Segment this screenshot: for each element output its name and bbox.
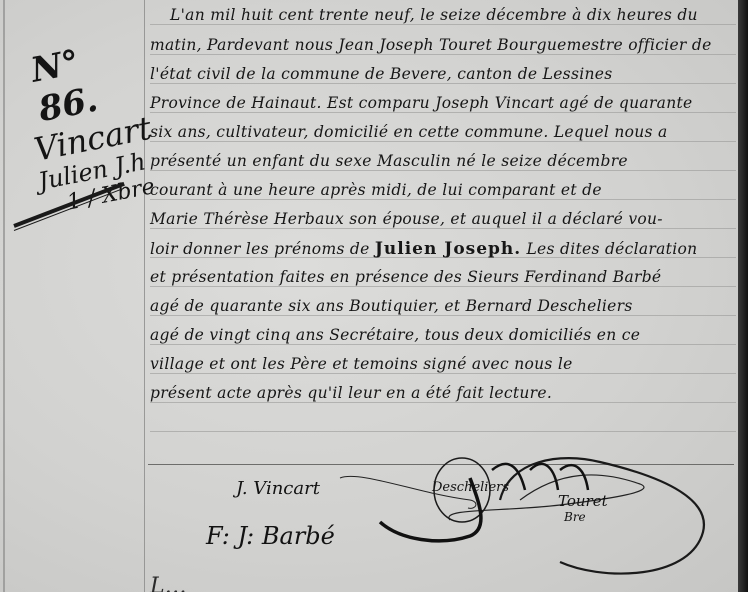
ruled-line: [150, 112, 736, 113]
child-name: Julien Joseph.: [375, 239, 521, 259]
body-line: Province de Hainaut. Est comparu Joseph …: [150, 94, 693, 112]
body-line: loir donner les prénoms de Julien Joseph…: [150, 239, 697, 259]
ruled-line: [150, 83, 736, 84]
signature-father: J. Vincart: [236, 478, 320, 499]
body-line: six ans, cultivateur, domicilié en cette…: [150, 123, 668, 141]
body-line: courant à une heure après midi, de lui c…: [150, 181, 602, 199]
ruled-line: [150, 141, 736, 142]
ruled-line: [150, 373, 736, 374]
ruled-line: [150, 315, 736, 316]
ruled-line: [150, 431, 736, 432]
body-line-text: loir donner les prénoms de: [150, 240, 370, 258]
body-line: et présentation faites en présence des S…: [150, 268, 661, 286]
mayor-name: Touret: [558, 492, 608, 510]
body-line: présent acte après qu'il leur en a été f…: [150, 384, 552, 402]
signature-secretary: Descheliers: [432, 480, 509, 495]
body-line: l'état civil de la commune de Bevere, ca…: [150, 65, 612, 83]
ruled-line: [150, 24, 736, 25]
ruled-line: [150, 170, 736, 171]
ruled-line: [150, 402, 736, 403]
page-binding-rule: [3, 0, 5, 592]
body-line: agé de vingt cinq ans Secrétaire, tous d…: [150, 326, 640, 344]
next-entry-fragment: L…: [150, 574, 187, 592]
body-line: présenté un enfant du sexe Masculin né l…: [150, 152, 628, 170]
body-line: village et ont les Père et temoins signé…: [150, 355, 573, 373]
ruled-line: [150, 228, 736, 229]
body-line: matin, Pardevant nous Jean Joseph Touret…: [150, 36, 712, 54]
body-line: agé de quarante six ans Boutiquier, et B…: [150, 297, 633, 315]
ruled-line: [150, 344, 736, 345]
signature-mayor: Touret Bre: [558, 492, 608, 524]
ruled-line: [150, 286, 736, 287]
page-edge-shadow: [738, 0, 748, 592]
ruled-line: [150, 54, 736, 55]
body-line: Marie Thérèse Herbaux son épouse, et auq…: [150, 210, 663, 228]
register-page: N° 86. Vincart Julien J.h 1 / Xbre L'an …: [0, 0, 748, 592]
mayor-suffix: Bre: [564, 510, 608, 524]
ruled-line: [150, 199, 736, 200]
body-line-tail: Les dites déclaration: [526, 240, 697, 258]
body-line: L'an mil huit cent trente neuf, le seize…: [170, 6, 698, 24]
signature-witness: F: J: Barbé: [206, 522, 335, 550]
signature-separator-rule: [148, 464, 734, 465]
